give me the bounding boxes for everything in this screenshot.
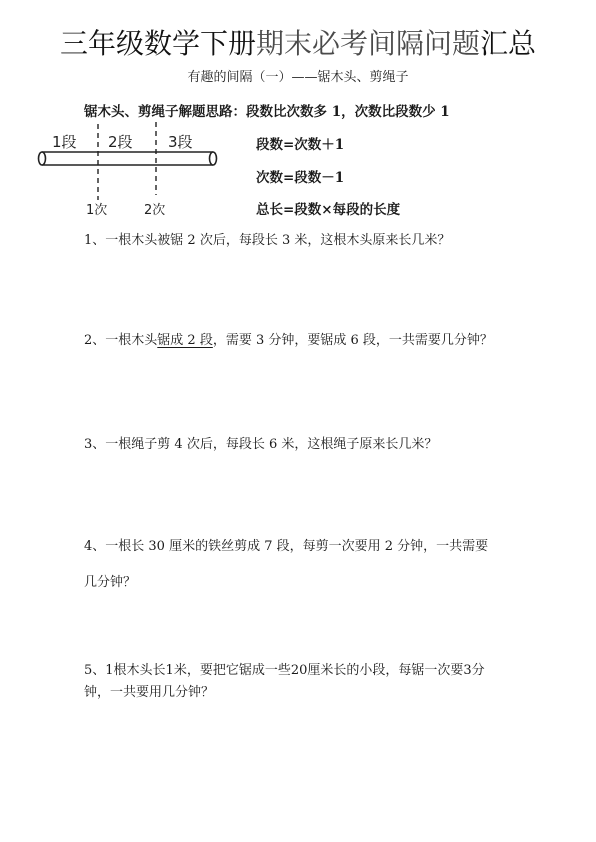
formula-cuts: 次数=段数－1 — [256, 166, 344, 186]
question-1: 1、一根木头被锯 2 次后，每段长 3 米，这根木头原来长几米？ — [84, 226, 524, 256]
formula-total-length: 总长=段数×每段的长度 — [256, 198, 400, 218]
log-icon: 1段 2段 3段 1次 2次 — [30, 120, 230, 230]
question-text-line-1: 一根长 30 厘米的铁丝剪成 7 段，每剪一次要用 2 分钟，一共需要 — [105, 539, 488, 554]
question-4: 4、一根长 30 厘米的铁丝剪成 7 段，每剪一次要用 2 分钟，一共需要 几分… — [84, 529, 524, 601]
solution-tip: 锯木头、剪绳子解题思路：段数比次数多 1，次数比段数少 1 — [84, 100, 450, 120]
question-text-pre: 一根木头 — [105, 333, 157, 348]
question-text: 一根绳子剪 4 次后，每段长 6 米，这根绳子原来长几米？ — [105, 437, 437, 452]
question-2: 2、一根木头锯成 2 段，需要 3 分钟，要锯成 6 段，一共需要几分钟？ — [84, 326, 524, 356]
cut-label-1: 1次 — [86, 202, 107, 218]
log-cutting-diagram: 1段 2段 3段 1次 2次 — [30, 120, 230, 230]
segment-label-3: 3段 — [168, 133, 193, 151]
page-title: 三年级数学下册期末必考间隔问题汇总 — [0, 22, 596, 62]
title-part-3: 汇总 — [480, 27, 536, 60]
question-5: 5、1根木头长1米，要把它锯成一些20厘米长的小段，每锯一次要3分 钟，一共要用… — [84, 660, 524, 704]
cut-label-2: 2次 — [144, 202, 165, 218]
segment-label-1: 1段 — [52, 133, 77, 151]
question-number: 5、 — [84, 663, 105, 678]
question-text-underlined: 锯成 2 段 — [157, 333, 213, 348]
question-text-line-1: 1根木头长1米，要把它锯成一些20厘米长的小段，每锯一次要3分 — [105, 663, 484, 678]
question-number: 2、 — [84, 333, 105, 348]
section-subtitle: 有趣的间隔（一）——锯木头、剪绳子 — [0, 66, 596, 85]
title-part-1: 三年级数学下册 — [60, 27, 256, 60]
question-text-line-2: 钟，一共要用几分钟？ — [84, 682, 524, 704]
title-part-2: 期末必考间隔问题 — [256, 27, 480, 60]
question-number: 1、 — [84, 233, 105, 248]
question-number: 4、 — [84, 539, 105, 554]
question-text-post: ，需要 3 分钟，要锯成 6 段，一共需要几分钟？ — [213, 333, 493, 348]
question-number: 3、 — [84, 437, 105, 452]
question-3: 3、一根绳子剪 4 次后，每段长 6 米，这根绳子原来长几米？ — [84, 430, 524, 460]
formula-segments: 段数=次数＋1 — [256, 133, 344, 153]
segment-label-2: 2段 — [108, 133, 133, 151]
question-text-line-2: 几分钟？ — [84, 565, 524, 601]
question-text: 一根木头被锯 2 次后，每段长 3 米，这根木头原来长几米？ — [105, 233, 450, 248]
